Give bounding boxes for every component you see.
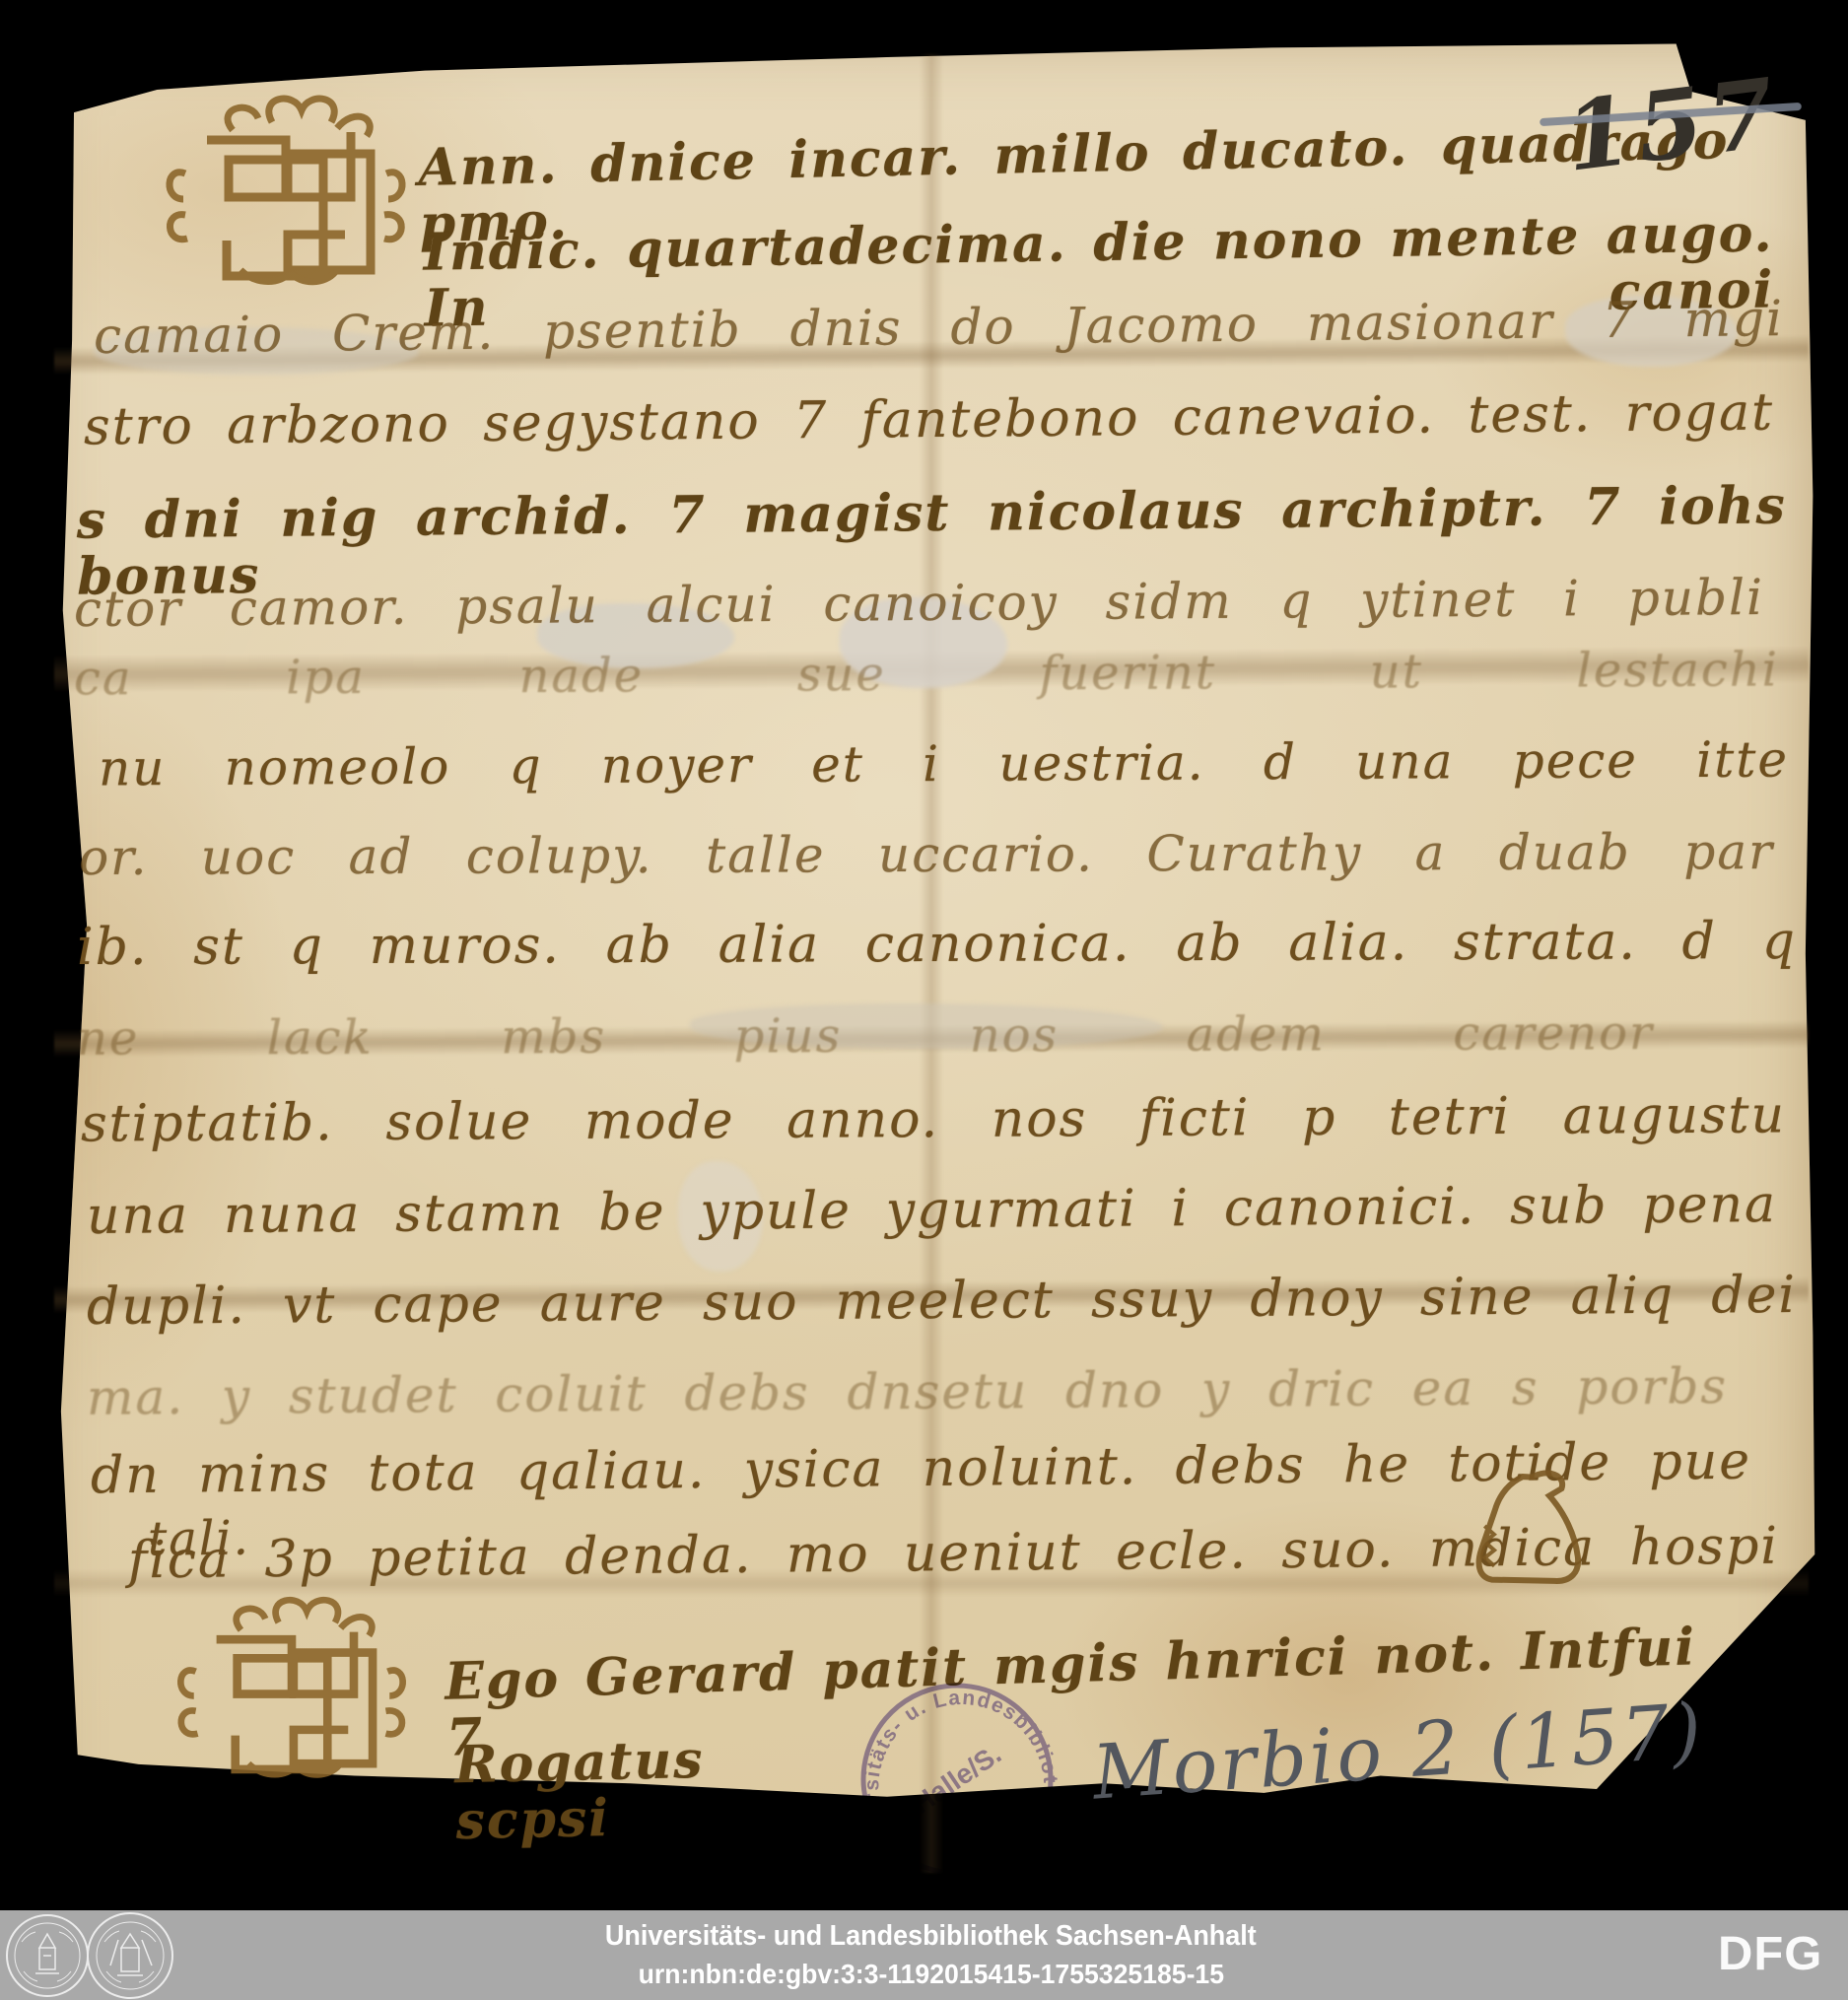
dfg-logo: DFG <box>1718 1927 1822 1981</box>
manuscript-line: or. uoc ad colupy. talle uccario. Curath… <box>79 825 1774 885</box>
manuscript-line: ib. st q muros. ab alia canonica. ab ali… <box>77 914 1797 976</box>
manuscript-line: ctor camor. psalu alcui canoicoy sidm q … <box>74 571 1764 637</box>
manuscript-line: tali. <box>148 1512 266 1565</box>
notary-knot-bottom-icon <box>168 1581 416 1790</box>
manuscript-line: stiptatib. solue mode anno. nos ficti p … <box>81 1087 1786 1152</box>
footer-text-block: Universitäts- und Landesbibliothek Sachs… <box>0 1910 1848 2000</box>
manuscript-line: ca ipa nade sue fuerint ut lestachi <box>74 644 1779 705</box>
footer-urn: urn:nbn:de:gbv:3:3-1192015415-1755325185… <box>638 1959 1223 1990</box>
notary-knot-top-icon <box>156 89 416 288</box>
manuscript-line: ne lack mbs pius nos adem carenor <box>77 1007 1654 1065</box>
manuscript-line: nu nomeolo q noyer et i uestria. d una p… <box>99 733 1789 796</box>
notary-subscription-line: Rogatus scpsi <box>454 1729 851 1850</box>
manuscript-line: dupli. vt cape aure suo meelect ssuy dno… <box>87 1268 1797 1336</box>
footer-institution: Universitäts- und Landesbibliothek Sachs… <box>605 1920 1257 1953</box>
stamp-center-text: Halle/S. <box>907 1738 1006 1819</box>
jug-doodle-icon <box>1432 1463 1608 1604</box>
manuscript-line: ma. y studet coluit debs dnsetu dno y dr… <box>87 1359 1728 1425</box>
footer-bar: Universitäts- und Landesbibliothek Sachs… <box>0 1910 1848 2000</box>
manuscript-scan: Ann. dnice incar. millo ducato. quadrago… <box>0 0 1848 2000</box>
stamp-dot <box>991 1846 1001 1857</box>
manuscript-line: una nuna stamn be ypule ygurmati i canon… <box>87 1177 1777 1245</box>
